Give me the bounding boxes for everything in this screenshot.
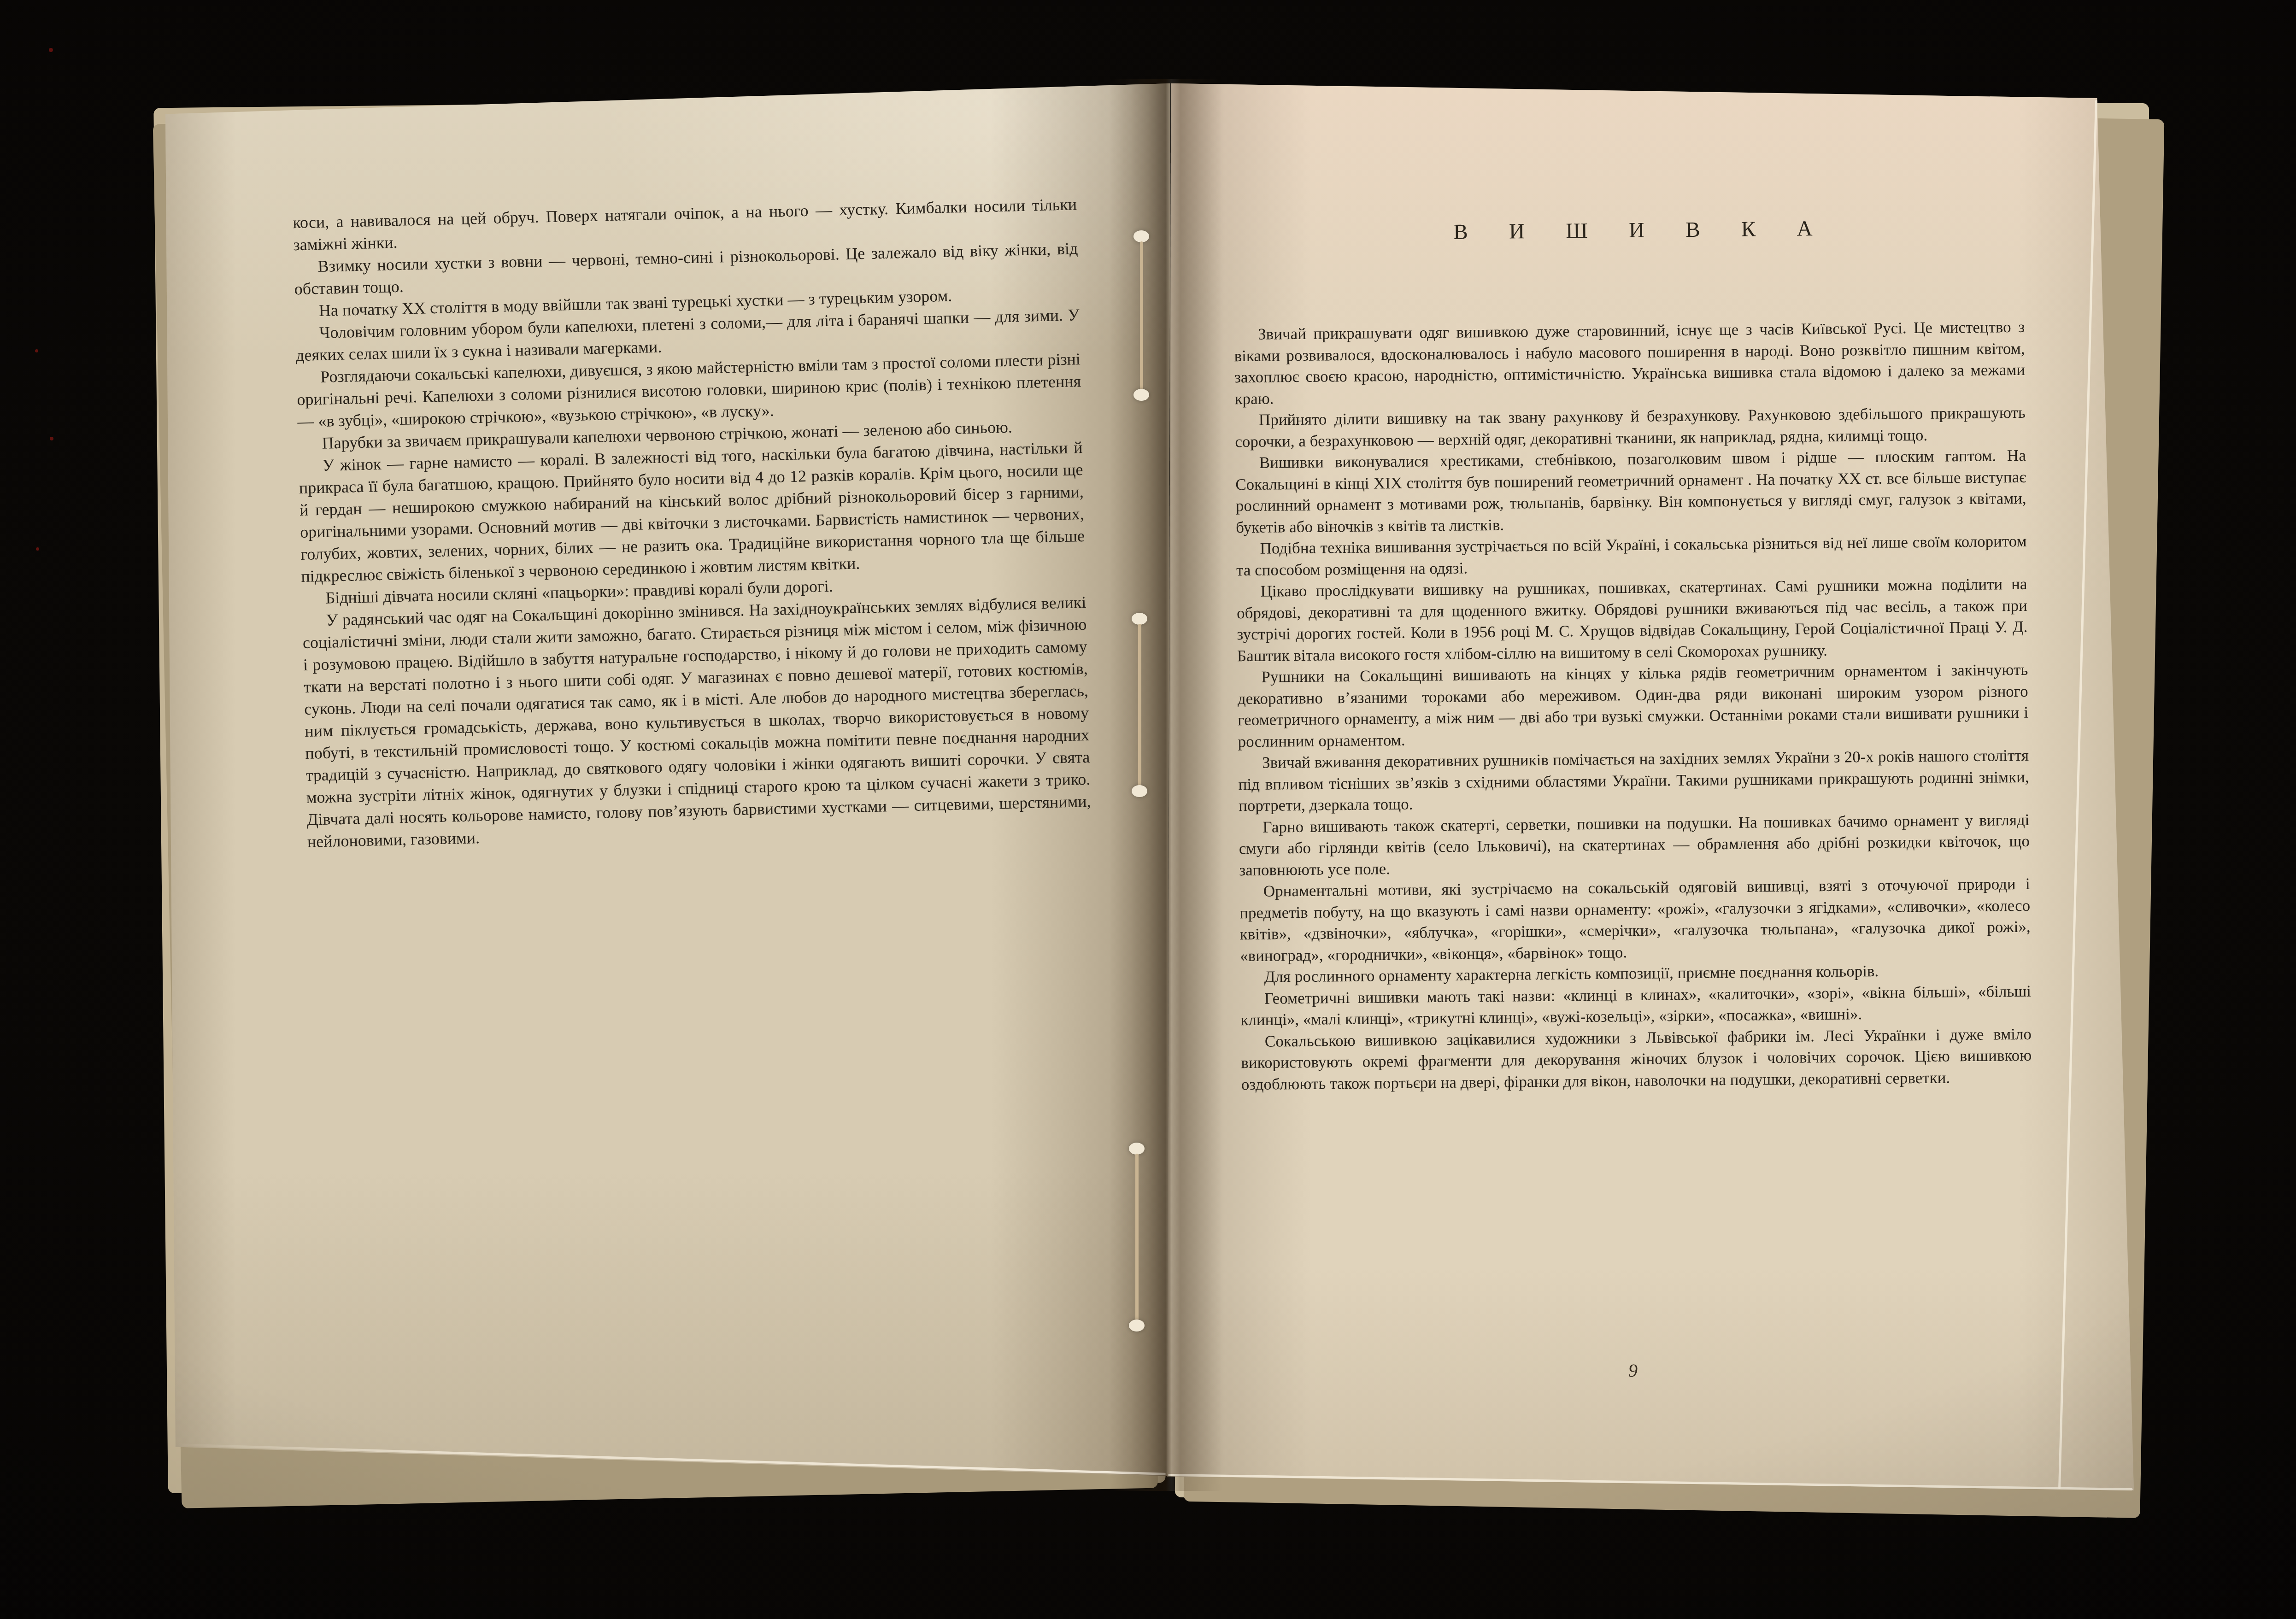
dust-speck <box>35 349 38 352</box>
left-page: коси, а навивалося на цей обруч. Поверх … <box>165 83 1171 1476</box>
right-page: ВИШИВКА Звичай прикрашувати одяг вишивко… <box>1167 83 2134 1490</box>
dust-speck <box>50 437 53 440</box>
paragraph: Звичай вживання декоративних рушників по… <box>1238 745 2029 817</box>
paragraph: У радянський час одяг на Сокальщині доко… <box>302 591 1092 853</box>
paragraph: Сокальською вишивкою зацікавилися художн… <box>1241 1023 2032 1095</box>
paragraph: Вишивки виконувалися хрестиками, стебнів… <box>1235 445 2027 538</box>
paragraph: Рушники на Сокальщині вишивають на кінця… <box>1237 659 2029 752</box>
dust-speck <box>36 547 39 551</box>
left-page-text: коси, а навивалося на цей обруч. Поверх … <box>293 193 1092 853</box>
photo-background: коси, а навивалося на цей обруч. Поверх … <box>0 0 2296 1619</box>
paragraph: Орнаментальні мотиви, які зустрічаємо на… <box>1239 874 2031 967</box>
paragraph: Геометричні вишивки мають такі назви: «к… <box>1240 980 2032 1031</box>
chapter-title: ВИШИВКА <box>1238 214 2028 246</box>
right-page-paper: ВИШИВКА Звичай прикрашувати одяг вишивко… <box>1167 83 2134 1490</box>
paragraph: Звичай прикрашувати одяг вишивкою дуже с… <box>1234 317 2026 410</box>
left-page-paper: коси, а навивалося на цей обруч. Поверх … <box>165 83 1171 1476</box>
right-page-text: Звичай прикрашувати одяг вишивкою дуже с… <box>1234 317 2032 1095</box>
paragraph: Гарно вишивають також скатерті, серветки… <box>1239 809 2030 881</box>
page-number: 9 <box>1238 1356 2028 1385</box>
paragraph: Прийнято ділити вишивку на так звану рах… <box>1235 402 2026 452</box>
paragraph: Цікаво прослідкувати вишивку на рушниках… <box>1236 574 2028 667</box>
paragraph: Подібна техніка вишивання зустрічається … <box>1236 531 2027 581</box>
dust-speck <box>49 48 53 52</box>
paragraph: У жінок — гарне намисто — коралі. В зале… <box>298 436 1085 587</box>
